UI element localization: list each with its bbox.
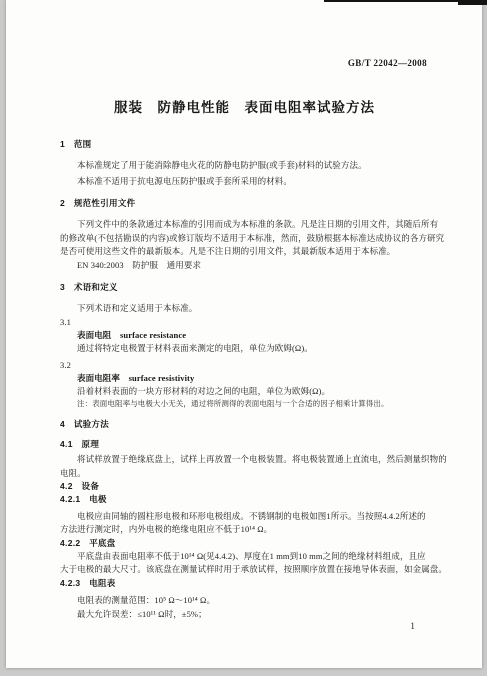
clause-4-1-paragraph-line: 电阻。 — [60, 468, 86, 479]
clause-3-1-definition: 通过将特定电极置于材料表面来测定的电阻，单位为欧姆(Ω)。 — [77, 343, 313, 354]
section-2-paragraph-line: 是否可使用这些文件的最新版本。凡是不注日期的引用文件，其最新版本适用于本标准。 — [60, 246, 395, 257]
clause-4-2-1-paragraph-line: 方法进行测定时，内外电极的绝缘电阻应不低于10¹⁴ Ω。 — [60, 524, 272, 535]
clause-4-2-3-paragraph-line: 最大允许误差：≤10¹¹ Ω时，±5%； — [77, 609, 207, 620]
document-page: GB/T 22042—2008 服装 防静电性能 表面电阻率试验方法 1 范围 … — [6, 0, 482, 668]
clause-3-2-term: 表面电阻率 surface resistivity — [77, 373, 194, 384]
clause-4-1-heading: 4.1 原理 — [60, 439, 99, 450]
section-2-heading: 2 规范性引用文件 — [60, 198, 135, 209]
section-3-intro: 下列术语和定义适用于本标准。 — [77, 303, 197, 314]
document-title: 服装 防静电性能 表面电阻率试验方法 — [60, 96, 429, 116]
section-3-heading: 3 术语和定义 — [60, 282, 118, 293]
section-2-paragraph-line: 下列文件中的条款通过本标准的引用而成为本标准的条款。凡是注日期的引用文件，其随后… — [77, 219, 438, 230]
section-1-paragraph-line: 本标准不适用于抗电源电压防护服或手套所采用的材料。 — [77, 176, 292, 187]
clause-3-2-number: 3.2 — [60, 360, 71, 371]
clause-4-2-2-heading: 4.2.2 平底盘 — [60, 538, 116, 549]
clause-3-1-term: 表面电阻 surface resistance — [77, 330, 186, 341]
clause-4-2-3-paragraph-line: 电阻表的测量范围：10⁵ Ω～10¹⁴ Ω。 — [77, 595, 215, 606]
standard-code: GB/T 22042—2008 — [60, 58, 427, 68]
section-1-paragraph-line: 本标准规定了用于能消除静电火花的防静电防护服(或手套)材料的试验方法。 — [77, 160, 367, 171]
clause-4-2-2-paragraph-line: 平底盘由表面电阻率不低于10¹⁴ Ω(见4.4.2)、厚度在1 mm到10 mm… — [77, 551, 426, 562]
scanned-document-canvas: GB/T 22042—2008 服装 防静电性能 表面电阻率试验方法 1 范围 … — [0, 0, 487, 676]
clause-4-2-1-heading: 4.2.1 电极 — [60, 494, 107, 505]
section-1-heading: 1 范围 — [60, 139, 91, 150]
clause-4-1-paragraph-line: 将试样放置于绝缘底盘上，试样上再放置一个电极装置。将电极装置通上直流电，然后测量… — [77, 454, 447, 465]
clause-4-2-heading: 4.2 设备 — [60, 481, 99, 492]
clause-4-2-3-heading: 4.2.3 电阻表 — [60, 578, 116, 589]
document-content: GB/T 22042—2008 服装 防静电性能 表面电阻率试验方法 1 范围 … — [60, 0, 429, 668]
scan-artifact-top-corner — [458, 0, 487, 5]
clause-4-2-2-paragraph-line: 大于电极的最大尺寸。该底盘在测量试样时用于承放试样，按照顺序放置在接地导体表面，… — [60, 564, 447, 575]
clause-3-2-note: 注：表面电阻率与电极大小无关，通过将所测得的表面电阻与一个合适的因子相乘计算得出… — [77, 399, 389, 409]
clause-4-2-1-paragraph-line: 电极应由同轴的圆柱形电极和环形电极组成。不锈钢制的电极如图1所示。当按照4.4.… — [77, 511, 426, 522]
normative-reference: EN 340:2003 防护服 通用要求 — [77, 260, 201, 271]
page-number: 1 — [410, 621, 415, 631]
section-2-paragraph-line: 的修改单(不包括勘误的内容)或修订版均不适用于本标准，然而，鼓励根据本标准达成协… — [60, 233, 444, 244]
clause-3-2-definition: 沿着材料表面的一块方形材料的对边之间的电阻，单位为欧姆(Ω)。 — [77, 386, 330, 397]
section-4-heading: 4 试验方法 — [60, 419, 109, 430]
clause-3-1-number: 3.1 — [60, 317, 71, 328]
